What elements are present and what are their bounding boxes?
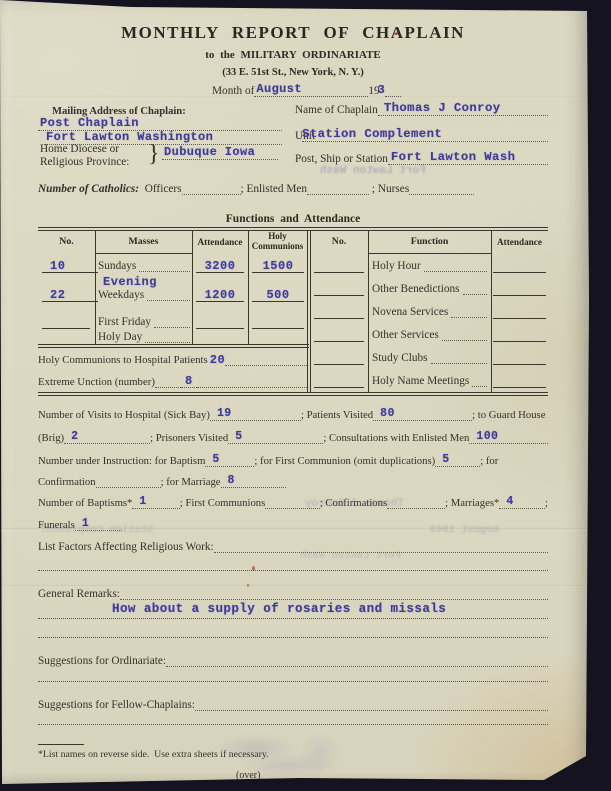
- hospital-communions-row: Holy Communions to Hospital Patients 20: [38, 352, 307, 366]
- dotted-leader: [155, 374, 181, 388]
- footnote-rule: [38, 744, 84, 745]
- function-row-no: [314, 367, 364, 388]
- field-label: ; Consultations with Enlisted Men: [323, 432, 469, 444]
- function-row-attendance: [493, 298, 546, 319]
- table-rule: [491, 230, 492, 392]
- function-row-no: [314, 344, 364, 365]
- paper-crease: [0, 527, 589, 531]
- field-label: Number under Instruction: for Baptism: [38, 455, 205, 467]
- field-label: ; Patients Visited: [301, 409, 373, 421]
- field-value: 2: [64, 430, 150, 444]
- function-row-label: Holy Name Meetings: [372, 371, 487, 387]
- masses-row-no: 10: [42, 252, 98, 273]
- dotted-leader: [472, 374, 487, 387]
- function-row-no: [314, 321, 364, 342]
- ordinariate-line: Suggestions for Ordinariate:: [38, 653, 548, 667]
- dotted-leader: [195, 697, 548, 711]
- function-row-no: [314, 275, 364, 296]
- paper-sheet: MONTHLY REPORT OF CHAPLAIN to the MILITA…: [0, 0, 589, 787]
- extreme-unction-row: Extreme Unction (number) 8: [38, 374, 307, 388]
- masses-row-communions: 1500: [252, 252, 304, 273]
- bleedthrough-text: Fort Lawton Wash: [300, 550, 401, 562]
- blank-rule-line: [38, 618, 548, 619]
- dotted-leader: [166, 653, 548, 667]
- field-label: ; Marriages*: [445, 497, 499, 509]
- table-rule: [310, 230, 311, 392]
- extreme-unction-label: Extreme Unction (number): [38, 376, 155, 388]
- visits-line: Number of Visits to Hospital (Sick Bay)1…: [38, 407, 548, 421]
- table-rule: [95, 253, 192, 254]
- field-label: ; Prisoners Visited: [150, 432, 228, 444]
- field-value: [96, 474, 161, 488]
- field-value: 100: [469, 430, 548, 444]
- field-label: Confirmation: [38, 476, 96, 488]
- dotted-leader: [451, 305, 487, 318]
- field-label: ;: [545, 497, 548, 509]
- factors-line: List Factors Affecting Religious Work:: [38, 539, 548, 553]
- field-value: 19: [210, 407, 301, 421]
- function-row-attendance: [493, 252, 546, 273]
- functions-attendance-table: No. Masses Attendance HolyCommunions No.…: [0, 0, 589, 787]
- field-label: (Brig): [38, 432, 64, 444]
- blank-rule-line: [38, 681, 548, 682]
- fellow-chaplains-line: Suggestions for Fellow-Chaplains:: [38, 697, 548, 711]
- field-value: 5: [205, 453, 254, 467]
- masses-row-label: Sundays: [98, 256, 190, 272]
- masses-row-no: 22: [42, 281, 98, 302]
- table-rule: [192, 230, 193, 344]
- col-header-holy-communions: HolyCommunions: [248, 232, 307, 252]
- dotted-leader: [442, 328, 487, 341]
- function-row-attendance: [493, 321, 546, 342]
- table-rule: [368, 230, 369, 392]
- dotted-leader: [139, 259, 190, 272]
- field-value: 8: [221, 474, 286, 488]
- table-rule: [307, 230, 308, 392]
- col-header-no-right: No.: [310, 236, 368, 247]
- dotted-leader: [145, 330, 190, 343]
- masses-row-label: First Friday: [98, 312, 190, 328]
- dotted-leader: [197, 374, 307, 388]
- brig-line: (Brig)2; Prisoners Visited5; Consultatio…: [38, 430, 548, 444]
- dotted-leader: [120, 586, 548, 600]
- table-rule: [38, 230, 548, 231]
- table-rule: [38, 227, 548, 228]
- table-rule: [38, 392, 548, 393]
- fellow-chaplains-label: Suggestions for Fellow-Chaplains:: [38, 699, 195, 711]
- extreme-unction-value: 8: [181, 374, 197, 388]
- scanned-document-page: { "colors": {"typed_ink": "#3e3a99", "pa…: [0, 0, 611, 791]
- red-ink-speck: [252, 566, 255, 571]
- function-row-label: Study Clubs: [372, 348, 487, 364]
- function-row-label: Holy Hour: [372, 256, 487, 272]
- blank-rule-line: [38, 570, 548, 571]
- bleedthrough-text: Thomas J Conroy: [305, 498, 404, 510]
- function-row-label: Other Services: [372, 325, 487, 341]
- col-header-function: Function: [368, 236, 491, 247]
- confirmation-marriage-line: Confirmation; for Marriage8: [38, 474, 548, 488]
- function-row-label: Other Benedictions: [372, 279, 487, 295]
- field-label: ; to Guard House: [472, 409, 545, 421]
- hospital-communions-value: 20: [210, 354, 225, 366]
- dotted-leader: [225, 352, 307, 366]
- remarks-typed-value: How about a supply of rosaries and missa…: [112, 602, 446, 616]
- field-label: ; for: [480, 455, 498, 467]
- function-row-no: [314, 252, 364, 273]
- masses-row-attendance: 3200: [196, 252, 244, 273]
- function-row-attendance: [493, 275, 546, 296]
- blank-rule-line: [38, 724, 548, 725]
- masses-row-communions: [252, 325, 304, 344]
- dotted-leader: [424, 259, 487, 272]
- function-row-attendance: [493, 344, 546, 365]
- remarks-line: General Remarks:: [38, 586, 548, 600]
- dotted-leader: [154, 315, 190, 328]
- masses-row-no: [42, 325, 90, 345]
- field-label: Number of Visits to Hospital (Sick Bay): [38, 409, 210, 421]
- ordinariate-label: Suggestions for Ordinariate:: [38, 655, 166, 667]
- field-label: ; for First Communion (omit duplications…: [254, 455, 435, 467]
- factors-label: List Factors Affecting Religious Work:: [38, 541, 214, 553]
- dotted-leader: [147, 288, 190, 301]
- col-header-attendance-left: Attendance: [192, 237, 248, 247]
- field-value: 80: [373, 407, 472, 421]
- instruction-line: Number under Instruction: for Baptism5; …: [38, 453, 548, 467]
- field-label: Number of Baptisms*: [38, 497, 132, 509]
- masses-row-attendance: [196, 325, 244, 344]
- col-header-attendance-right: Attendance: [491, 237, 548, 247]
- table-rule: [368, 253, 491, 254]
- masses-row-label: Weekdays: [98, 285, 190, 301]
- paper-crease: [0, 584, 589, 588]
- field-label: ; First Communions: [180, 497, 266, 509]
- function-row-no: [314, 298, 364, 319]
- col-header-masses: Masses: [95, 236, 192, 247]
- field-value: 5: [228, 430, 323, 444]
- table-rule: [38, 395, 548, 396]
- bleedthrough-text: Fort Lawton Wash: [320, 165, 426, 177]
- red-ink-speck: [395, 32, 398, 35]
- baptisms-line: Number of Baptisms*1; First Communions; …: [38, 495, 548, 509]
- field-value: 4: [499, 495, 545, 509]
- masses-row-label: Holy Day: [98, 328, 190, 343]
- function-row-label: Novena Services: [372, 302, 487, 318]
- field-label: ; for Marriage: [161, 476, 221, 488]
- paper-crease: [0, 95, 589, 99]
- function-row-attendance: [493, 367, 546, 388]
- hospital-communions-label: Holy Communions to Hospital Patients: [38, 354, 208, 366]
- dotted-leader: [463, 282, 487, 295]
- ink-stamp-smudge: [192, 733, 352, 783]
- field-value: 5: [435, 453, 480, 467]
- masses-row-communions: 500: [252, 281, 304, 302]
- remarks-label: General Remarks:: [38, 588, 120, 600]
- field-value: 1: [132, 495, 179, 509]
- table-rule: [38, 347, 309, 348]
- dotted-leader: [431, 351, 487, 364]
- blank-rule-line: [38, 637, 548, 638]
- masses-row-attendance: 1200: [196, 281, 244, 302]
- col-header-no-left: No.: [38, 236, 95, 247]
